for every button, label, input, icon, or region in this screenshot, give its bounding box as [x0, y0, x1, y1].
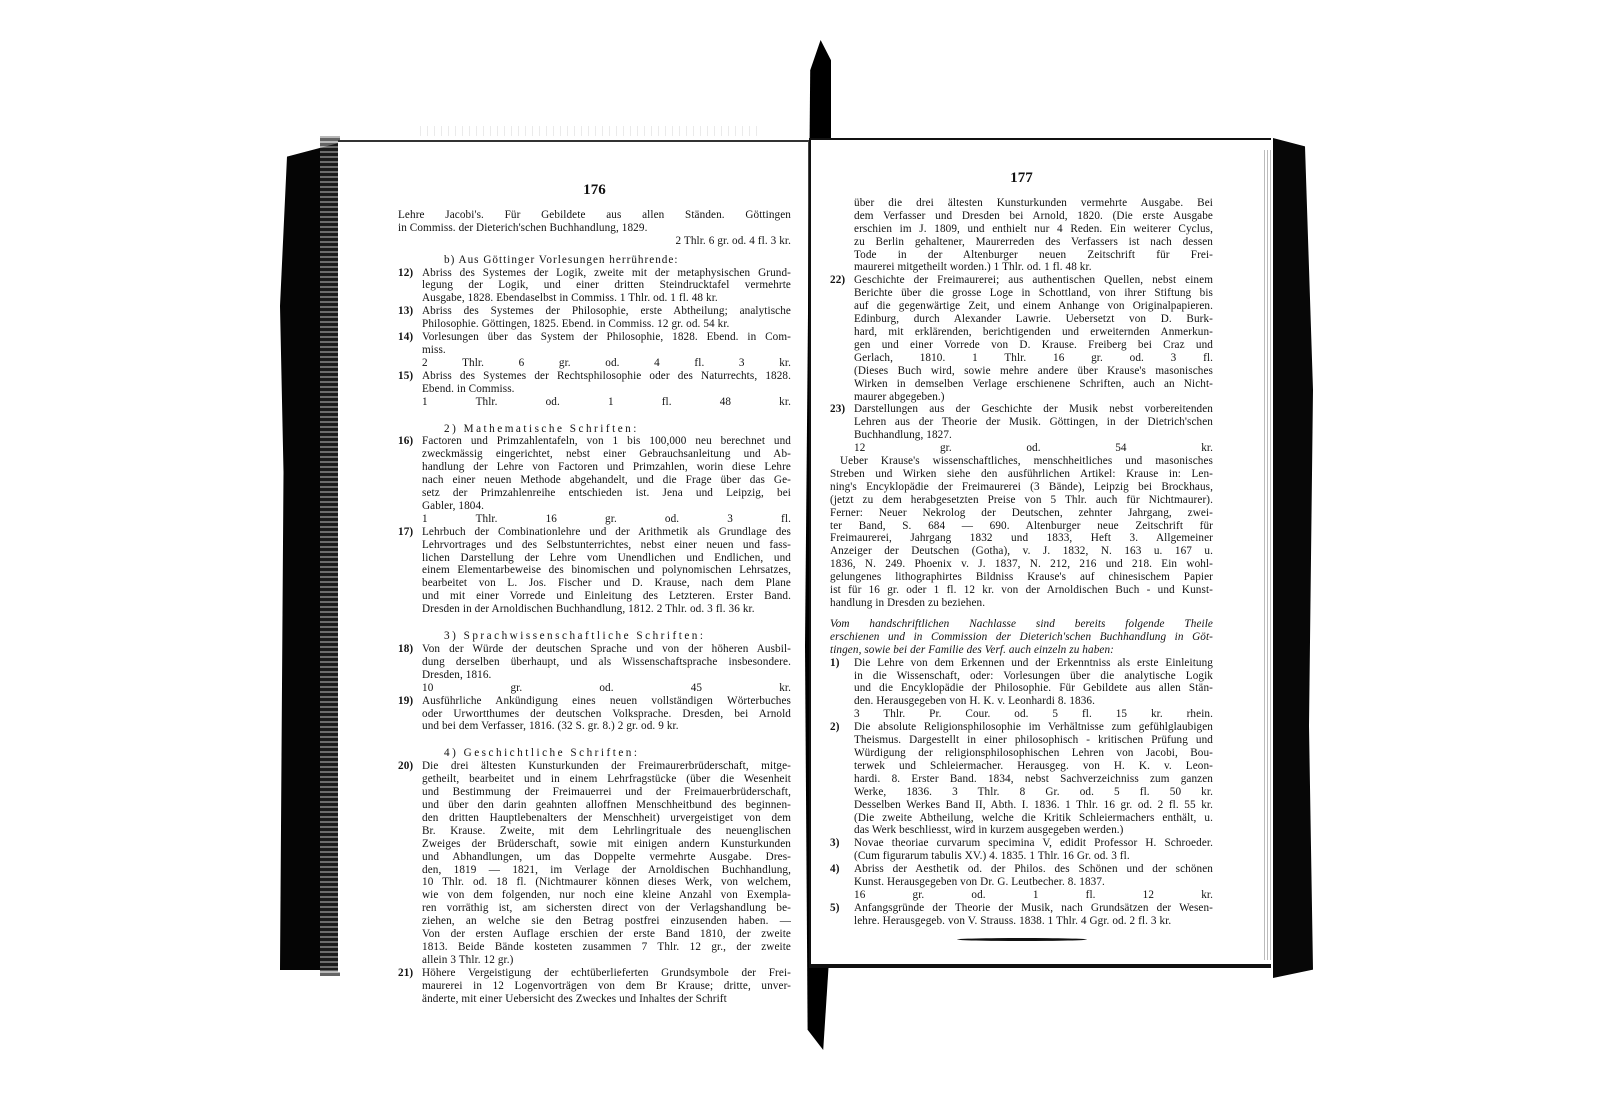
text-line: Buchhandlung, 1827. — [854, 429, 1213, 442]
entry-list: 1)Die Lehre von dem Erkennen und der Erk… — [830, 657, 1213, 928]
page-edges-left — [320, 136, 340, 976]
entry-body: Höhere Vergeistigung der echtüberliefert… — [422, 967, 791, 1006]
entry-number: 15) — [398, 370, 413, 383]
text-line: Von der ersten Auflage erschien der erst… — [422, 928, 791, 941]
list-item: 22)Geschichte der Freimaurerei; aus auth… — [830, 274, 1213, 403]
entry-number: 22) — [830, 274, 845, 287]
text-line: über die drei ältesten Kunsturkunden ver… — [854, 197, 1213, 210]
text-line: Zweiges der Brüderschaft, sowie mit eini… — [422, 838, 791, 851]
entry-number: 21) — [398, 967, 413, 980]
text-line: Theismus. Dargestellt in einer philosoph… — [854, 734, 1213, 747]
text-line: auf die gegenwärtige Zeit, und einem Anh… — [854, 300, 1213, 313]
price: 10 gr. od. 45 kr. — [422, 682, 791, 695]
text-line: und mit einer Vorrede und Einleitung des… — [422, 590, 791, 603]
text-line: Freimaurerei, Jahrgang 1832 und 1833, He… — [830, 532, 1213, 545]
entry-body: Die Lehre von dem Erkennen und der Erken… — [854, 657, 1213, 722]
text-line: einem Elementarbeweise des binomischen u… — [422, 564, 791, 577]
section-heading: 4) Geschichtliche Schriften: — [398, 747, 791, 760]
text-line: (Die zweite Abtheilung, welche die Kriti… — [854, 812, 1213, 825]
entry-number: 23) — [830, 403, 845, 416]
text-line: erschien im J. 1809, und enthielt nur 4 … — [854, 223, 1213, 236]
text-line: Edinburg, durch Alexander Lawrie. Uebers… — [854, 313, 1213, 326]
entry-number: 13) — [398, 305, 413, 318]
text-line: Novae theoriae curvarum specimina V, edi… — [854, 837, 1213, 850]
text-line: Würdigung der religionsphilosophischen L… — [854, 747, 1213, 760]
entry-list: 12)Abriss des Systemes der Logik, zweite… — [398, 267, 791, 409]
text-line: (Dieses Buch wird, sowie mehre andere üb… — [854, 365, 1213, 378]
entry-number: 2) — [830, 721, 840, 734]
section-heading: 3) Sprachwissenschaftliche Schriften: — [398, 630, 791, 643]
entry-number: 20) — [398, 760, 413, 773]
text-line: gen und einer Vorrede von D. Krause. Fre… — [854, 339, 1213, 352]
entry-number: 18) — [398, 643, 413, 656]
text-line: Ausgabe, 1828. Ebendaselbst in Commiss. … — [422, 292, 791, 305]
text-line: 1813. Beide Bände kosteten zusammen 7 Th… — [422, 941, 791, 954]
text-line: zu Berlin gehaltener, Maurerreden des Ve… — [854, 236, 1213, 249]
list-item: 1)Die Lehre von dem Erkennen und der Erk… — [830, 657, 1213, 722]
text-line: Berichte über die grosse Loge in Schottl… — [854, 287, 1213, 300]
entry-body: Anfangsgründe der Theorie der Musik, nac… — [854, 902, 1213, 928]
price: 16 gr. od. 1 fl. 12 kr. — [854, 889, 1213, 902]
list-item: 17)Lehrbuch der Combinationlehre und der… — [398, 526, 791, 616]
text-line: nach einer neuen Methode abgehandelt, un… — [422, 474, 791, 487]
entry-body: Darstellungen aus der Geschichte der Mus… — [854, 403, 1213, 455]
text-line: 1836, N. 249. Phoenix v. J. 1837, N. 212… — [830, 558, 1213, 571]
text-line: handlung der Lehre von Factoren und Prim… — [422, 461, 791, 474]
text-line: Die drei ältesten Kunsturkunden der Frei… — [422, 760, 791, 773]
text-line: Lehrbuch der Combinationlehre und der Ar… — [422, 526, 791, 539]
text-line: zweckmässig eingerichtet, nebst einer Ge… — [422, 448, 791, 461]
text-line: Kunst. Herausgegeben von Dr. G. Leutbech… — [854, 876, 1213, 889]
price: 2 Thlr. 6 gr. od. 4 fl. 3 kr. — [422, 357, 791, 370]
list-item: 13)Abriss des Systemes der Philosophie, … — [398, 305, 791, 331]
entry-number: 4) — [830, 863, 840, 876]
text-line: Die Lehre von dem Erkennen und der Erken… — [854, 657, 1213, 670]
text-line: terwek und Schleiermacher. Herausgeg. vo… — [854, 760, 1213, 773]
entry-body: Von der Würde der deutschen Sprache und … — [422, 643, 791, 695]
text-line: Von der Würde der deutschen Sprache und … — [422, 643, 791, 656]
nachlass-intro: Vom handschriftlichen Nachlasse sind ber… — [830, 618, 1213, 657]
text-line: Abriss des Systemes der Logik, zweite mi… — [422, 267, 791, 280]
text-line: setz der Primzahlenreihe entschieden ist… — [422, 487, 791, 500]
entry-number: 19) — [398, 695, 413, 708]
entry-body: Abriss der Aesthetik od. der Philos. des… — [854, 863, 1213, 902]
list-item: 21)Höhere Vergeistigung der echtüberlief… — [398, 967, 791, 1006]
text-line: Ausführliche Ankündigung eines neuen vol… — [422, 695, 791, 708]
end-rule — [957, 938, 1087, 941]
left-page-text: 176 Lehre Jacobi's. Für Gebildete aus al… — [398, 184, 791, 1005]
price: 1 Thlr. od. 1 fl. 48 kr. — [422, 396, 791, 409]
page-number: 177 — [830, 172, 1213, 185]
entry-body: Die absolute Religionsphilosophie im Ver… — [854, 721, 1213, 837]
text-line: Philosophie. Göttingen, 1825. Ebend. in … — [422, 318, 791, 331]
text-line: Factoren und Primzahlentafeln, von 1 bis… — [422, 435, 791, 448]
text-line: Darstellungen aus der Geschichte der Mus… — [854, 403, 1213, 416]
right-page-text: 177 über die drei ältesten Kunsturkunden… — [830, 172, 1213, 941]
text-line: Anfangsgründe der Theorie der Musik, nac… — [854, 902, 1213, 915]
text-line: Abriss der Aesthetik od. der Philos. des… — [854, 863, 1213, 876]
text-line: wie von dem folgenden, nur noch eine kle… — [422, 889, 791, 902]
text-line: ter Band, S. 684 — 690. Altenburger neue… — [830, 520, 1213, 533]
text-line: Abriss des Systemes der Philosophie, ers… — [422, 305, 791, 318]
entry-list: 22)Geschichte der Freimaurerei; aus auth… — [830, 274, 1213, 455]
text-line: Anzeiger der Deutschen (Gotha), v. J. 18… — [830, 545, 1213, 558]
text-line: Desselben Werkes Band II, Abth. I. 1836.… — [854, 799, 1213, 812]
text-line: Ferner: Neuer Nekrolog der Deutschen, ze… — [830, 507, 1213, 520]
text-line: lehre. Herausgegeb. von V. Strauss. 1838… — [854, 915, 1213, 928]
entry-list: 18)Von der Würde der deutschen Sprache u… — [398, 643, 791, 733]
text-line: den dritten Hauptlebenalters der Menschh… — [422, 812, 791, 825]
price: 12 gr. od. 54 kr. — [854, 442, 1213, 455]
list-item: 16)Factoren und Primzahlentafeln, von 1 … — [398, 435, 791, 525]
list-item: 2)Die absolute Religionsphilosophie im V… — [830, 721, 1213, 837]
text-line: Abriss des Systemes der Rechtsphilosophi… — [422, 370, 791, 383]
entry-body: Novae theoriae curvarum specimina V, edi… — [854, 837, 1213, 863]
text-line: Dresden in der Arnoldischen Buchhandlung… — [422, 603, 791, 616]
list-item: 3)Novae theoriae curvarum specimina V, e… — [830, 837, 1213, 863]
text-line: maurerei in 12 Logenvorträgen von dem Br… — [422, 980, 791, 993]
entry-body: Factoren und Primzahlentafeln, von 1 bis… — [422, 435, 791, 525]
text-line: ning's Encyklopädie der Freimaurerei (3 … — [830, 481, 1213, 494]
continued-text: über die drei ältesten Kunsturkunden ver… — [830, 197, 1213, 274]
text-line: handlung in Dresden zu beziehen. — [830, 597, 1213, 610]
text-line: (Cum figurarum tabulis XV.) 4. 1835. 1 T… — [854, 850, 1213, 863]
list-item: 19)Ausführliche Ankündigung eines neuen … — [398, 695, 791, 734]
paragraph: Ueber Krause's wissenschaftliches, mensc… — [830, 455, 1213, 610]
text-line: allein 3 Thlr. 12 gr.) — [422, 954, 791, 967]
list-item: 18)Von der Würde der deutschen Sprache u… — [398, 643, 791, 695]
text-line: hard, mit erklärenden, berichtigenden un… — [854, 326, 1213, 339]
entry-body: Abriss des Systemes der Rechtsphilosophi… — [422, 370, 791, 409]
text-line: ist für 16 gr. oder 1 fl. 12 kr. von der… — [830, 584, 1213, 597]
list-item: 14)Vorlesungen über das System der Philo… — [398, 331, 791, 370]
entry-body: Lehrbuch der Combinationlehre und der Ar… — [422, 526, 791, 616]
text-line: und Abhandlungen, um das Doppelte vermeh… — [422, 851, 791, 864]
entry-list: 16)Factoren und Primzahlentafeln, von 1 … — [398, 435, 791, 616]
text-line: Br. Krause. Zweite, mit dem Lehrlingritu… — [422, 825, 791, 838]
entry-number: 14) — [398, 331, 413, 344]
text-line: Streben und Wirken siehe den ausführlich… — [830, 468, 1213, 481]
text-line: das Werk beschliesst, wird in kurzem aus… — [854, 824, 1213, 837]
list-item: 4)Abriss der Aesthetik od. der Philos. d… — [830, 863, 1213, 902]
text-line: erschienen und in Commission der Dieteri… — [830, 631, 1213, 644]
text-line: Tode in der Altenburger neuen Zeitschrif… — [854, 249, 1213, 262]
price: 2 Thlr. 6 gr. od. 4 fl. 3 kr. — [398, 235, 791, 248]
text-line: Lehren aus der Theorie der Musik. Göttin… — [854, 416, 1213, 429]
text-line: legung der Logik, und einer dritten Stei… — [422, 279, 791, 292]
page-number: 176 — [398, 184, 791, 197]
entry-number: 3) — [830, 837, 840, 850]
entry-body: Ausführliche Ankündigung eines neuen vol… — [422, 695, 791, 734]
text-line: Vom handschriftlichen Nachlasse sind ber… — [830, 618, 1213, 631]
entry-number: 17) — [398, 526, 413, 539]
text-line: Die absolute Religionsphilosophie im Ver… — [854, 721, 1213, 734]
text-line: Lehre Jacobi's. Für Gebildete aus allen … — [398, 209, 791, 222]
price: 1 Thlr. 16 gr. od. 3 fl. — [422, 513, 791, 526]
text-line: und bei dem Verfasser, 1816. (32 S. gr. … — [422, 720, 791, 733]
text-line: Höhere Vergeistigung der echtüberliefert… — [422, 967, 791, 980]
entry-number: 16) — [398, 435, 413, 448]
text-line: (jetzt zu dem herabgesetzten Preise von … — [830, 494, 1213, 507]
section-heading: 2) Mathematische Schriften: — [398, 423, 791, 436]
text-line: ren vorräthig ist, am sichersten direct … — [422, 902, 791, 915]
text-line: getheilt, bearbeitet und in einem Lehrfr… — [422, 773, 791, 786]
text-line: bearbeitet von L. Jos. Fischer und D. Kr… — [422, 577, 791, 590]
text-line: dung derselben überhaupt, und als Wissen… — [422, 656, 791, 669]
text-line: oder Urwortthumes der deutschen Volkspra… — [422, 708, 791, 721]
text-line: 10 Thlr. od. 18 fl. (Nichtmaurer können … — [422, 876, 791, 889]
text-line: änderte, mit einer Uebersicht des Zwecke… — [422, 993, 791, 1006]
text-line: lichen Darstellung der Lehre vom Unendli… — [422, 552, 791, 565]
text-line: und die Encyklopädie der Philosophie. Fü… — [854, 682, 1213, 695]
text-line: Gerlach, 1810. 1 Thlr. 16 gr. od. 3 fl. — [854, 352, 1213, 365]
text-line: ziehen, an welche sie den Betrag postfre… — [422, 915, 791, 928]
entry-number: 1) — [830, 657, 840, 670]
list-item: 23)Darstellungen aus der Geschichte der … — [830, 403, 1213, 455]
entry-body: Abriss des Systemes der Philosophie, ers… — [422, 305, 791, 331]
price: 3 Thlr. Pr. Cour. od. 5 fl. 15 kr. rhein… — [854, 708, 1213, 721]
text-line: Geschichte der Freimaurerei; aus authent… — [854, 274, 1213, 287]
text-line: miss. — [422, 344, 791, 357]
text-line: in Commiss. der Dieterich'schen Buchhand… — [398, 222, 791, 235]
entry-body: Abriss des Systemes der Logik, zweite mi… — [422, 267, 791, 306]
text-line: Lehrvortrages und des Selbstunterrichtes… — [422, 539, 791, 552]
list-item: 15)Abriss des Systemes der Rechtsphiloso… — [398, 370, 791, 409]
text-line: und über den darin geahnten alloffnen Me… — [422, 799, 791, 812]
entry-body: Geschichte der Freimaurerei; aus authent… — [854, 274, 1213, 403]
text-line: Wirken in demselben Verlage erschienene … — [854, 378, 1213, 391]
text-line: maurer abgegeben.) — [854, 391, 1213, 404]
entry-list: 20)Die drei ältesten Kunsturkunden der F… — [398, 760, 791, 1005]
entry-body: Vorlesungen über das System der Philosop… — [422, 331, 791, 370]
text-line: gelungenes lithographirtes Bildniss Krau… — [830, 571, 1213, 584]
list-item: 20)Die drei ältesten Kunsturkunden der F… — [398, 760, 791, 967]
text-line: Gabler, 1804. — [422, 500, 791, 513]
entry-number: 12) — [398, 267, 413, 280]
list-item: 12)Abriss des Systemes der Logik, zweite… — [398, 267, 791, 306]
section-heading: b) Aus Göttinger Vorlesungen herrührende… — [398, 254, 791, 267]
text-line: Werke, 1836. 3 Thlr. 8 Gr. od. 5 fl. 50 … — [854, 786, 1213, 799]
text-line: Ebend. in Commiss. — [422, 383, 791, 396]
book-cover-right — [1273, 138, 1313, 978]
text-line: tingen, sowie bei der Familie des Verf. … — [830, 644, 1213, 657]
text-line: den, 1819 — 1821, im Verlage der Arnoldi… — [422, 864, 791, 877]
entry-number: 5) — [830, 902, 840, 915]
text-line: den. Herausgegeben von H. K. v. Leonhard… — [854, 695, 1213, 708]
text-line: und Bestimmung der Freimauerrei und der … — [422, 786, 791, 799]
text-line: in die Wissenschaft, oder: Vorlesungen ü… — [854, 670, 1213, 683]
list-item: 5)Anfangsgründe der Theorie der Musik, n… — [830, 902, 1213, 928]
entry-body: Die drei ältesten Kunsturkunden der Frei… — [422, 760, 791, 967]
text-line: Ueber Krause's wissenschaftliches, mensc… — [830, 455, 1213, 468]
text-line: hardi. 8. Erster Band. 1834, nebst Sachv… — [854, 773, 1213, 786]
scan-noise — [420, 126, 760, 136]
text-line: maurerei mitgetheilt worden.) 1 Thlr. od… — [854, 261, 1213, 274]
text-line: Dresden, 1816. — [422, 669, 791, 682]
text-line: Vorlesungen über das System der Philosop… — [422, 331, 791, 344]
text-line: dem Verfasser und Dresden bei Arnold, 18… — [854, 210, 1213, 223]
